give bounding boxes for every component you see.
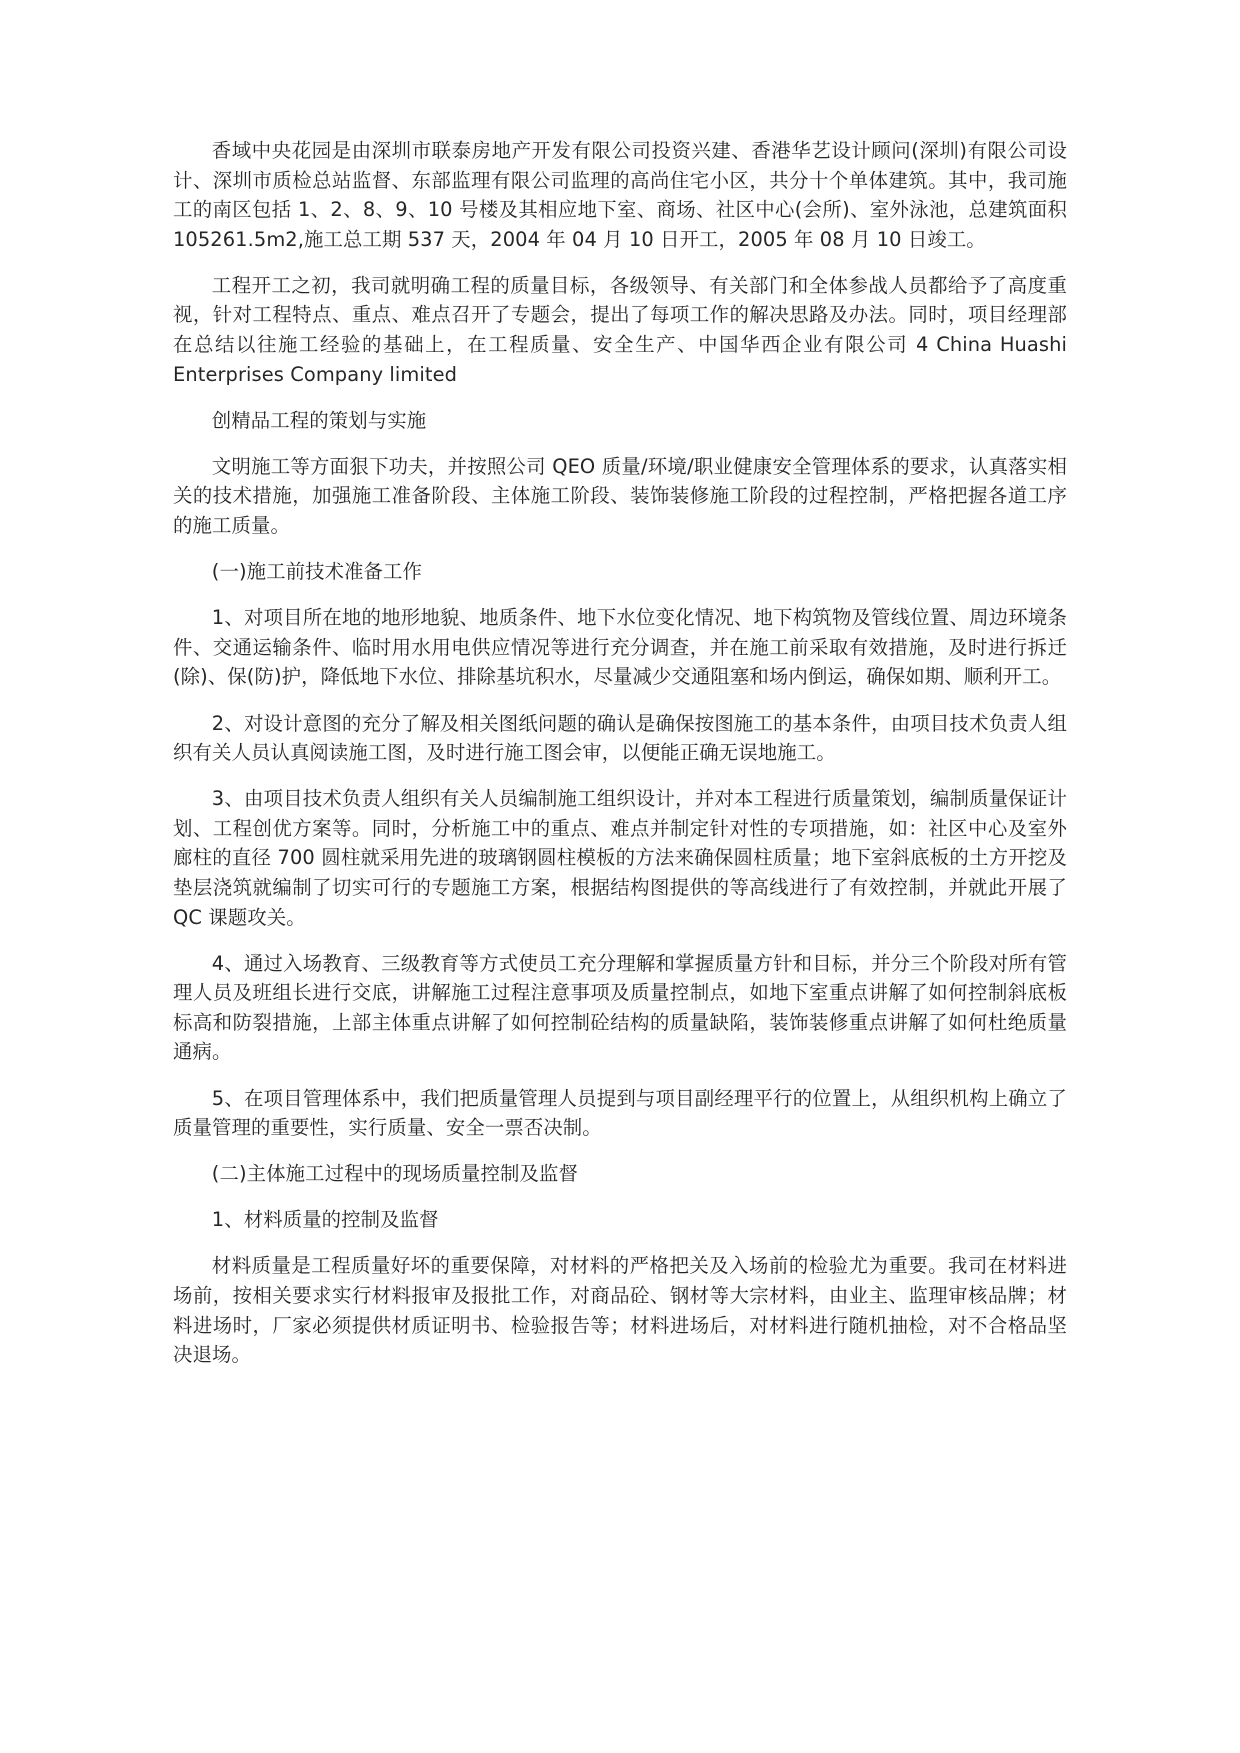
paragraph-item-3-construction-plan: 3、由项目技术负责人组织有关人员编制施工组织设计，并对本工程进行质量策划，编制质… <box>173 784 1067 932</box>
paragraph-material-quality: 材料质量是工程质量好坏的重要保障，对材料的严格把关及入场前的检验尤为重要。我司在… <box>173 1251 1067 1369</box>
section-heading-planning: 创精品工程的策划与实施 <box>173 406 1067 436</box>
subsection-heading-material-quality: 1、材料质量的控制及监督 <box>173 1205 1067 1235</box>
section-heading-site-quality-control: (二)主体施工过程中的现场质量控制及监督 <box>173 1159 1067 1189</box>
section-heading-pre-construction: (一)施工前技术准备工作 <box>173 557 1067 587</box>
document-page: 香域中央花园是由深圳市联泰房地产开发有限公司投资兴建、香港华艺设计顾问(深圳)有… <box>173 136 1067 1386</box>
paragraph-quality-goals: 工程开工之初，我司就明确工程的质量目标，各级领导、有关部门和全体参战人员都给予了… <box>173 271 1067 389</box>
paragraph-item-4-training: 4、通过入场教育、三级教育等方式使员工充分理解和掌握质量方针和目标，并分三个阶段… <box>173 949 1067 1067</box>
paragraph-civilized-construction: 文明施工等方面狠下功夫，并按照公司 QEO 质量/环境/职业健康安全管理体系的要… <box>173 452 1067 541</box>
paragraph-item-1-site-survey: 1、对项目所在地的地形地貌、地质条件、地下水位变化情况、地下构筑物及管线位置、周… <box>173 603 1067 692</box>
paragraph-item-5-management-system: 5、在项目管理体系中，我们把质量管理人员提到与项目副经理平行的位置上，从组织机构… <box>173 1084 1067 1143</box>
paragraph-item-2-design-review: 2、对设计意图的充分了解及相关图纸问题的确认是确保按图施工的基本条件，由项目技术… <box>173 709 1067 768</box>
paragraph-project-overview: 香域中央花园是由深圳市联泰房地产开发有限公司投资兴建、香港华艺设计顾问(深圳)有… <box>173 136 1067 254</box>
